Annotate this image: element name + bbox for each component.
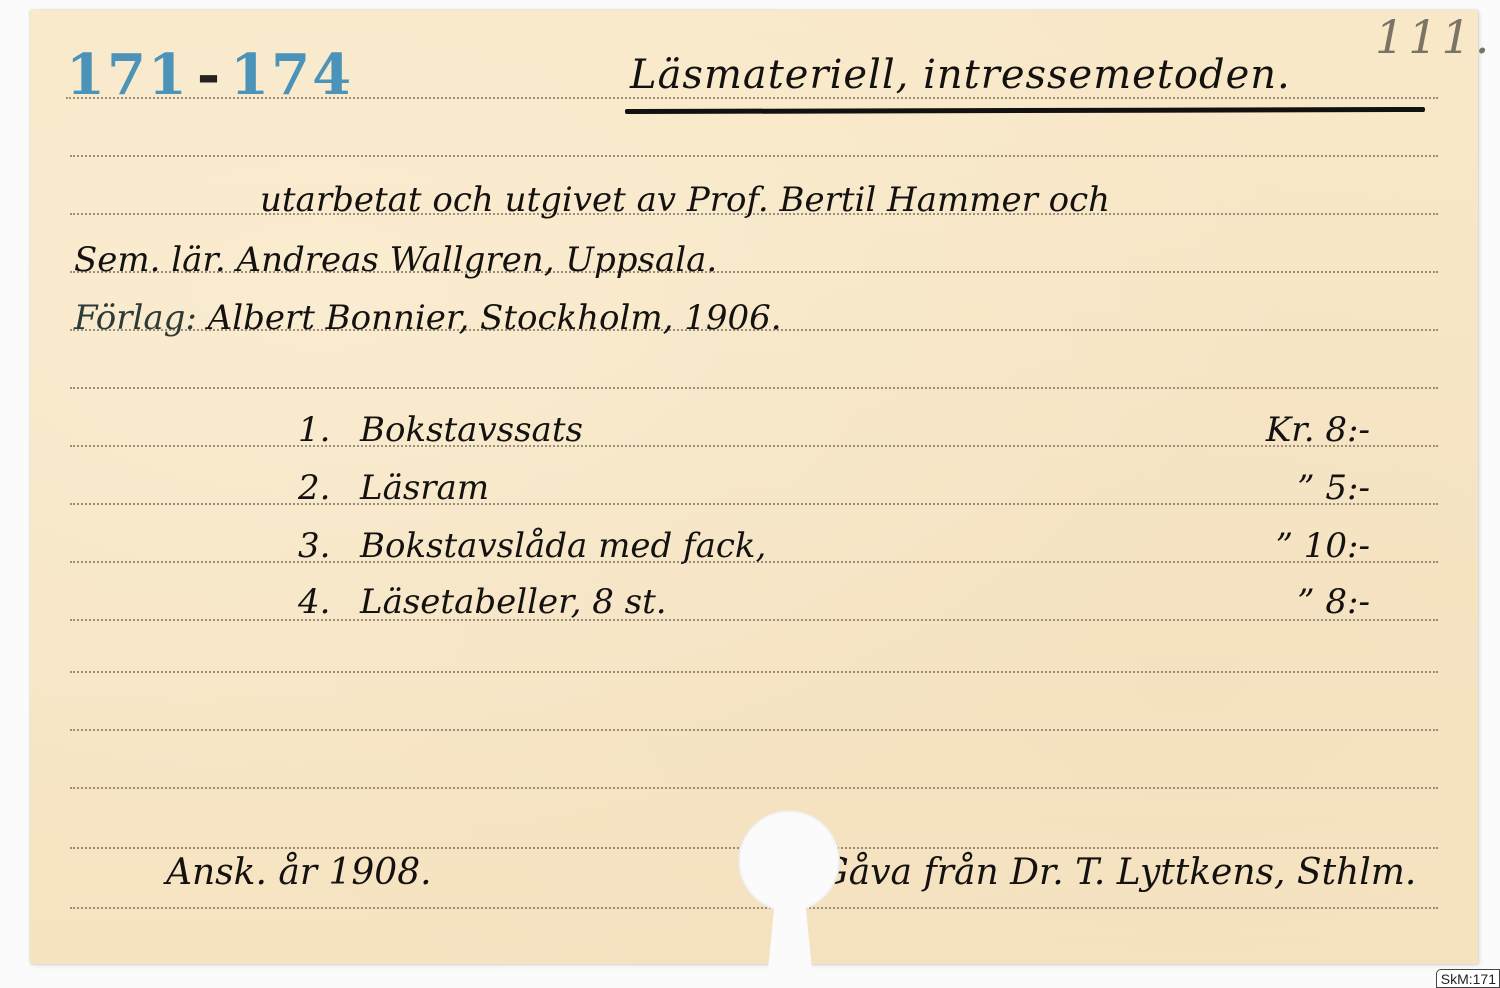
item-name: Bokstavssats <box>360 410 583 450</box>
item-price: ” 8:- <box>1220 582 1370 622</box>
pencil-mark: 111. <box>1375 10 1493 64</box>
ruled-line <box>70 671 1438 673</box>
ruled-line <box>70 787 1438 789</box>
catalog-number-stamp: 171-174 <box>66 42 353 108</box>
catalog-card: 171-174 111. Läsmateriell, intressemetod… <box>30 10 1478 964</box>
ruled-line <box>70 387 1438 389</box>
catalog-number-start: 171 <box>66 42 189 108</box>
item-price: Kr. 8:- <box>1220 410 1370 450</box>
catalog-number-separator: - <box>197 42 222 108</box>
item-price: ” 10:- <box>1220 526 1370 566</box>
item-row: 2.Läsram <box>298 468 489 508</box>
card-title: Läsmateriell, intressemetoden. <box>630 52 1291 98</box>
ruled-line <box>70 907 1438 909</box>
acquisition-note: Ansk. år 1908. <box>166 852 432 893</box>
item-row: 1.Bokstavssats <box>298 410 583 450</box>
item-name: Läsram <box>360 468 489 508</box>
ruled-line <box>70 729 1438 731</box>
item-name: Bokstavslåda med fack, <box>360 526 766 566</box>
donor-note: Gåva från Dr. T. Lyttkens, Sthlm. <box>820 852 1416 893</box>
item-row: 4.Läsetabeller, 8 st. <box>298 582 667 622</box>
item-name: Läsetabeller, 8 st. <box>360 582 667 622</box>
item-number: 3. <box>298 526 360 566</box>
description-line-2: Sem. lär. Andreas Wallgren, Uppsala. <box>74 240 717 280</box>
ruled-line <box>70 155 1438 157</box>
publisher-line: Förlag: Albert Bonnier, Stockholm, 1906. <box>74 298 782 338</box>
item-number: 1. <box>298 410 360 450</box>
description-line-1: utarbetat och utgivet av Prof. Bertil Ha… <box>260 180 1110 220</box>
item-price: ” 5:- <box>1220 468 1370 508</box>
item-number: 4. <box>298 582 360 622</box>
item-number: 2. <box>298 468 360 508</box>
catalog-number-end: 174 <box>230 42 353 108</box>
title-underline <box>625 107 1425 114</box>
publisher-label: Förlag: <box>74 298 197 338</box>
publisher-value: Albert Bonnier, Stockholm, 1906. <box>208 298 782 338</box>
item-row: 3.Bokstavslåda med fack, <box>298 526 766 566</box>
reference-label: SkM:171 <box>1436 969 1500 988</box>
